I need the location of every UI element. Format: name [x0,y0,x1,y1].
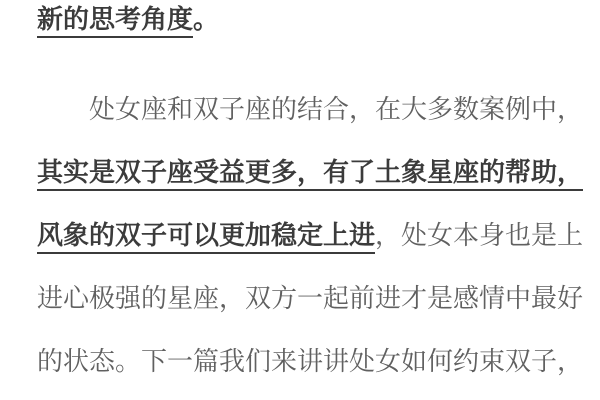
emphasis-underlined-text: 其实是双子座受益更多，有了土象星座的帮助， [37,157,583,191]
paragraph-main: 处女座和双子座的结合，在大多数案例中， 其实是双子座受益更多，有了土象星座的帮助… [37,78,585,393]
emphasis-text: 。 [193,4,219,34]
text-line-6: 的状态。下一篇我们来讲讲处女如何约束双子， [37,330,585,393]
text-line-3: 其实是双子座受益更多，有了土象星座的帮助， [37,141,585,204]
body-text: 进心极强的星座，双方一起前进才是感情中最好 [37,283,583,313]
text-line-2: 处女座和双子座的结合，在大多数案例中， [37,78,585,141]
article-body: 新的思考角度。 处女座和双子座的结合，在大多数案例中， 其实是双子座受益更多，有… [0,0,600,393]
text-line-1: 新的思考角度。 [37,0,585,38]
body-text: 的状态。下一篇我们来讲讲处女如何约束双子， [37,346,583,376]
emphasis-underlined-text: 风象的双子可以更加稳定上进 [37,220,375,254]
body-text: 处女座和双子座的结合，在大多数案例中， [89,94,583,124]
emphasis-underlined-text: 新的思考角度 [37,4,193,38]
paragraph-previous-ending: 新的思考角度。 [37,0,585,38]
text-line-5: 进心极强的星座，双方一起前进才是感情中最好 [37,267,585,330]
text-line-4: 风象的双子可以更加稳定上进，处女本身也是上 [37,204,585,267]
body-text: ，处女本身也是上 [375,220,583,250]
